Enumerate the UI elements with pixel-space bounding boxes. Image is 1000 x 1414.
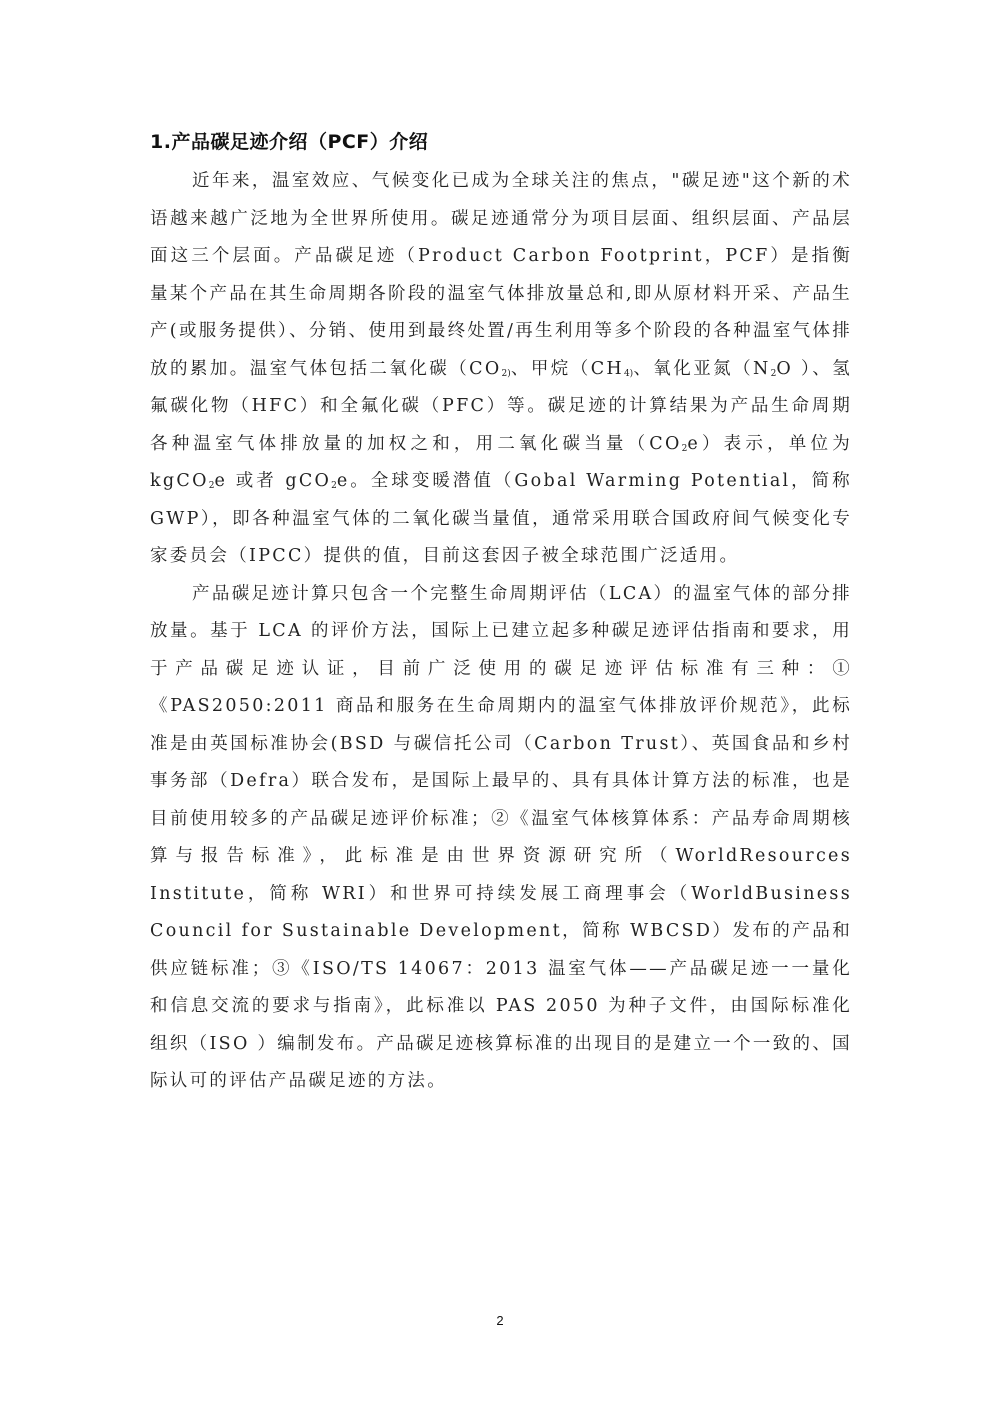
page-number: 2 [0, 1313, 1000, 1328]
paragraph-1: 近年来，温室效应、气候变化已成为全球关注的焦点，"碳足迹"这个新的术语越来越广泛… [150, 163, 852, 576]
document-page: 1.产品碳足迹介绍（PCF）介绍 近年来，温室效应、气候变化已成为全球关注的焦点… [0, 0, 1000, 1414]
text-segment: 、甲烷（CH [511, 359, 624, 379]
subscript: 4) [624, 369, 633, 379]
text-segment: 、氧化亚氮（N [633, 359, 770, 379]
text-segment: 产品碳足迹计算只包含一个完整生命周期评估（LCA）的温室气体的部分排放量。基于 … [150, 584, 852, 1092]
section-heading: 1.产品碳足迹介绍（PCF）介绍 [150, 128, 852, 156]
paragraph-2: 产品碳足迹计算只包含一个完整生命周期评估（LCA）的温室气体的部分排放量。基于 … [150, 576, 852, 1101]
page-content: 1.产品碳足迹介绍（PCF）介绍 近年来，温室效应、气候变化已成为全球关注的焦点… [150, 128, 852, 1101]
text-segment: 近年来，温室效应、气候变化已成为全球关注的焦点，"碳足迹"这个新的术语越来越广泛… [150, 171, 852, 379]
text-segment: e 或者 gCO [214, 471, 331, 491]
subscript: 2) [502, 369, 511, 379]
